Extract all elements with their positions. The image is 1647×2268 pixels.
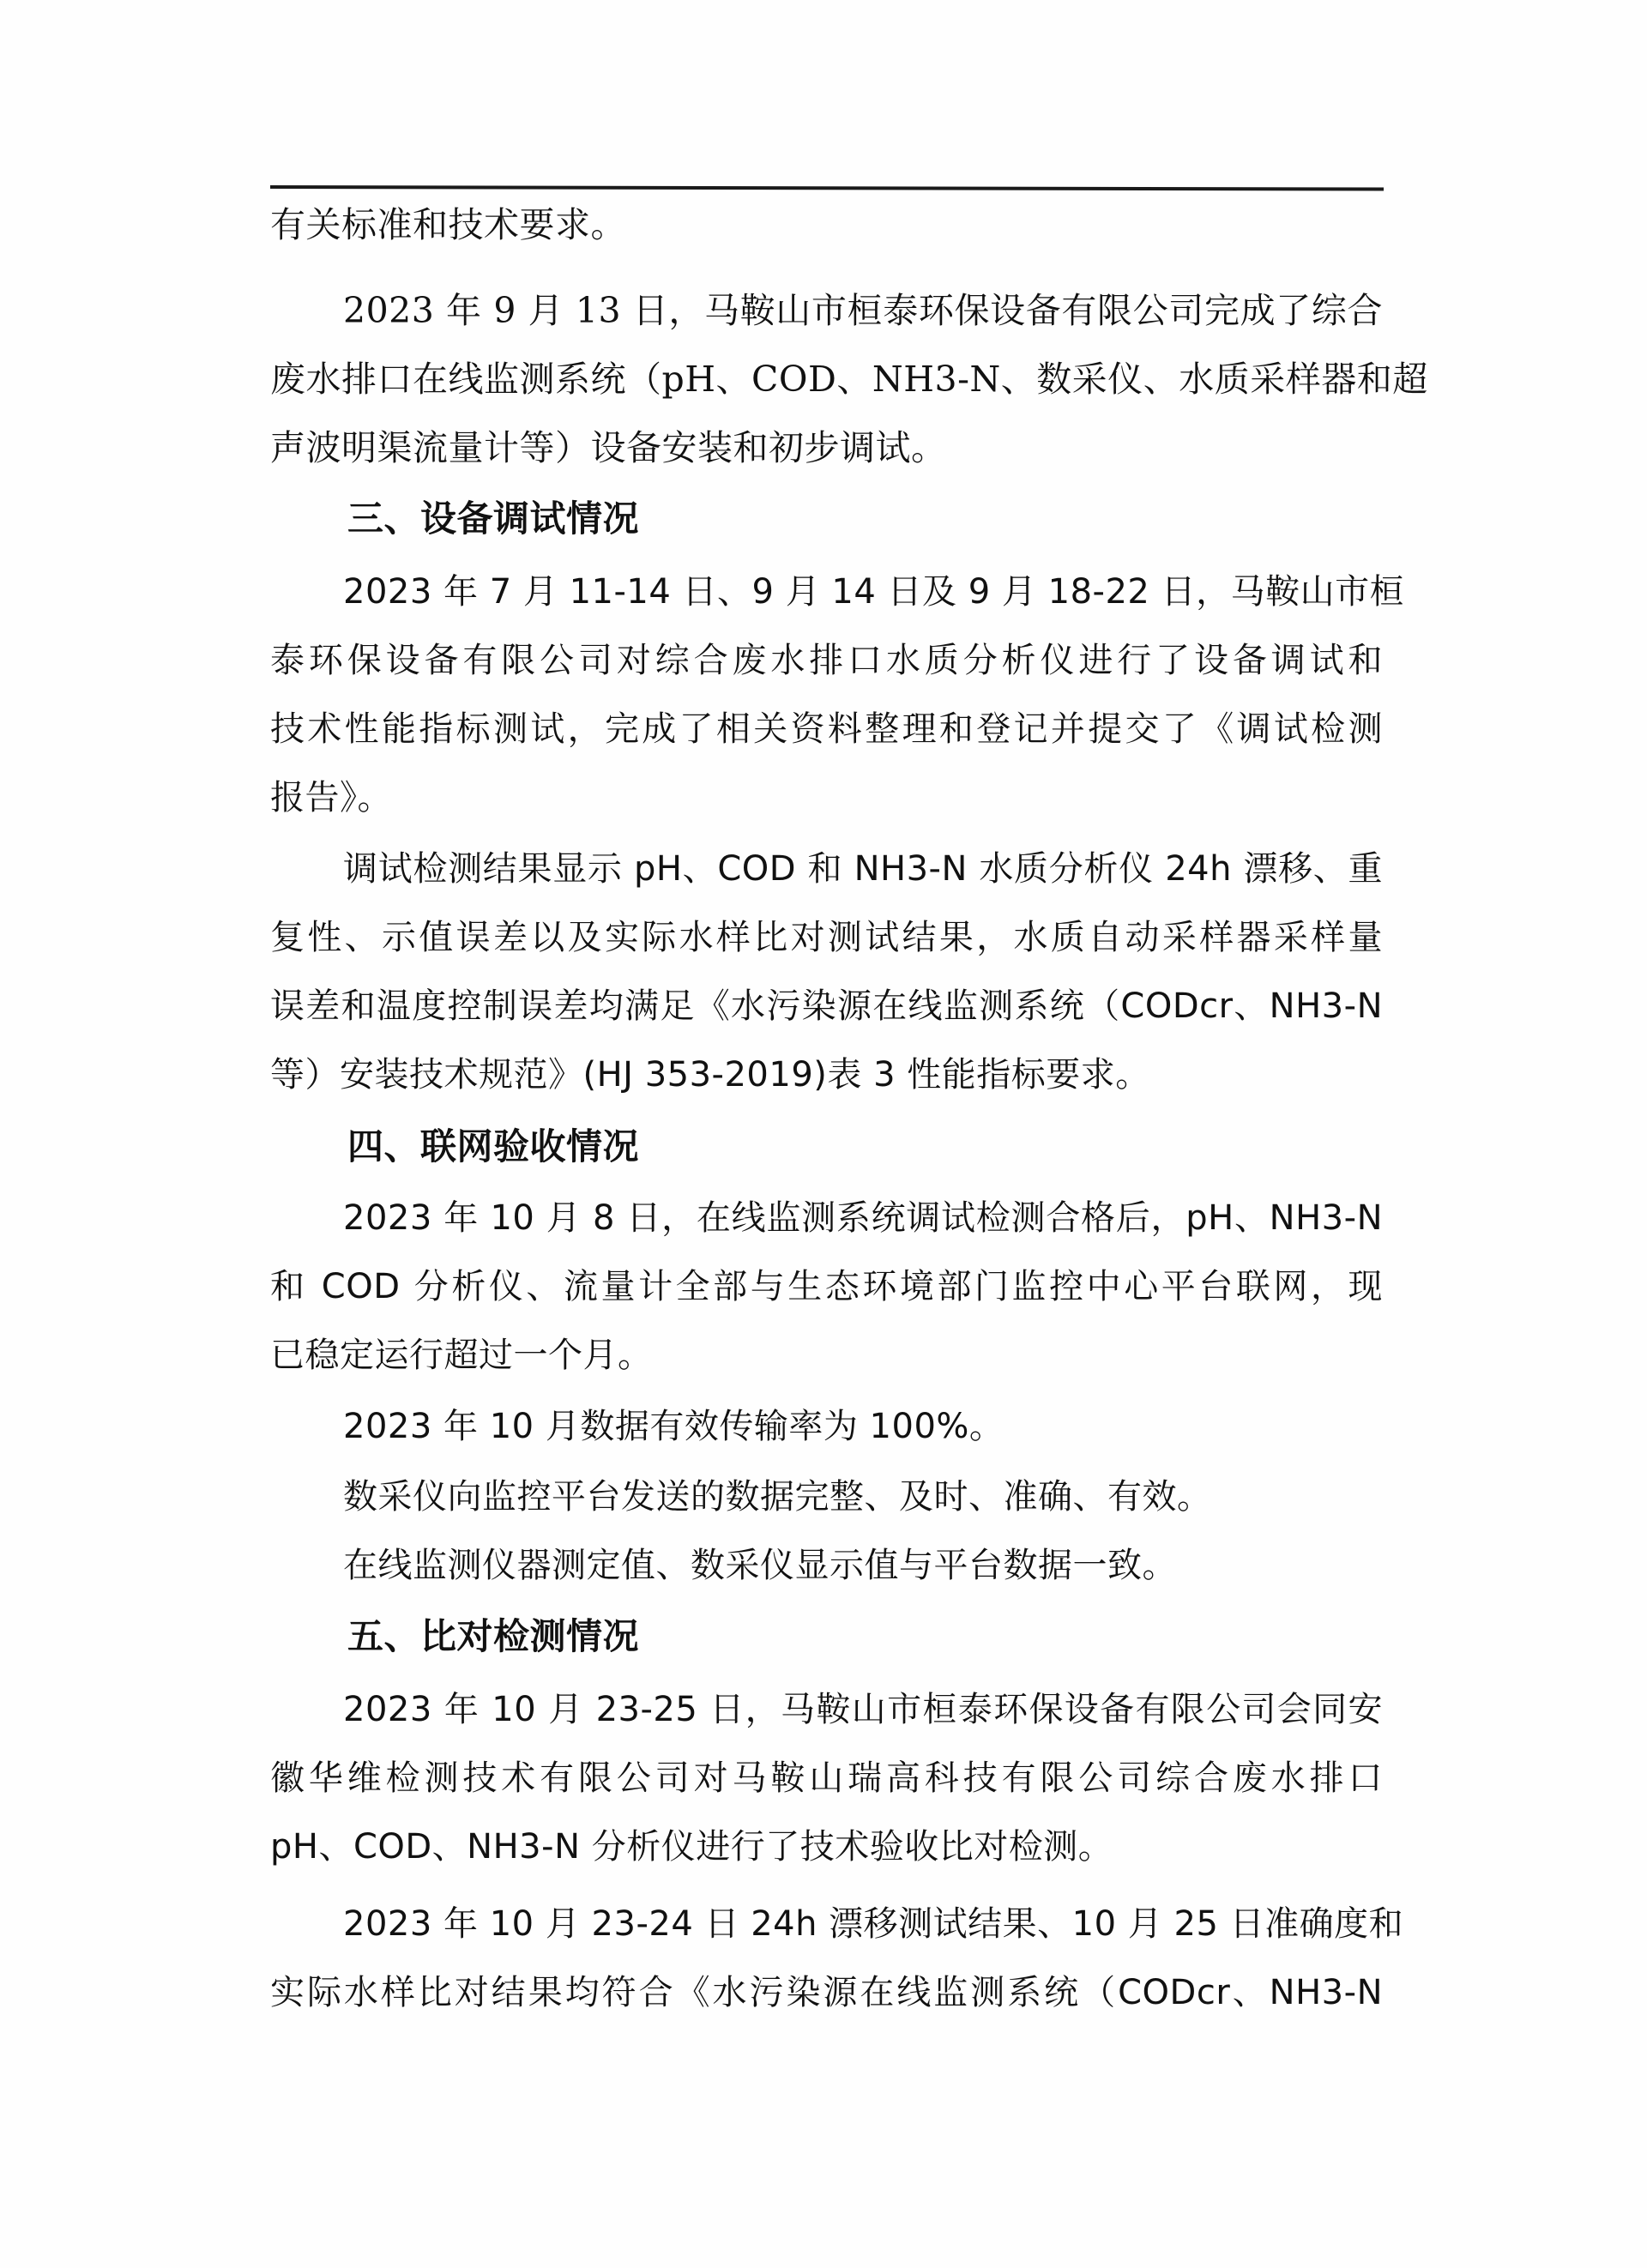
paragraph-line: 实际水样比对结果均符合《水污染源在线监测系统（CODcr、NH3-N <box>270 1967 1383 2018</box>
paragraph-line: 有关标准和技术要求。 <box>270 199 1383 250</box>
section-heading-3: 三、设备调试情况 <box>347 493 639 545</box>
paragraph-line: 2023 年 9 月 13 日，马鞍山市桓泰环保设备有限公司完成了综合 <box>343 285 1383 336</box>
header-rule <box>270 185 1384 190</box>
paragraph-line: 2023 年 10 月 23-25 日，马鞍山市桓泰环保设备有限公司会同安 <box>343 1684 1383 1735</box>
paragraph-line: pH、COD、NH3-N 分析仪进行了技术验收比对检测。 <box>270 1821 1383 1873</box>
paragraph-line: 泰环保设备有限公司对综合废水排口水质分析仪进行了设备调试和 <box>270 635 1383 686</box>
paragraph-line: 技术性能指标测试，完成了相关资料整理和登记并提交了《调试检测 <box>270 703 1383 755</box>
paragraph-line: 已稳定运行超过一个月。 <box>270 1330 1383 1381</box>
paragraph-line: 报告》。 <box>270 772 1383 823</box>
paragraph-line: 徽华维检测技术有限公司对马鞍山瑞高科技有限公司综合废水排口 <box>270 1752 1383 1804</box>
paragraph-line: 2023 年 10 月 23-24 日 24h 漂移测试结果、10 月 25 日… <box>343 1898 1383 1950</box>
paragraph-line: 在线监测仪器测定值、数采仪显示值与平台数据一致。 <box>343 1540 1383 1591</box>
paragraph-line: 复性、示值误差以及实际水样比对测试结果，水质自动采样器采样量 <box>270 912 1383 963</box>
paragraph-line: 误差和温度控制误差均满足《水污染源在线监测系统（CODcr、NH3-N <box>270 980 1383 1032</box>
paragraph-line: 数采仪向监控平台发送的数据完整、及时、准确、有效。 <box>343 1471 1383 1523</box>
section-heading-4: 四、联网验收情况 <box>347 1121 639 1173</box>
paragraph-line: 废水排口在线监测系统（pH、COD、NH3-N、数采仪、水质采样器和超 <box>270 353 1383 405</box>
paragraph-line: 2023 年 10 月 8 日，在线监测系统调试检测合格后，pH、NH3-N <box>343 1192 1383 1244</box>
paragraph-line: 2023 年 10 月数据有效传输率为 100%。 <box>343 1401 1383 1452</box>
paragraph-line: 2023 年 7 月 11-14 日、9 月 14 日及 9 月 18-22 日… <box>343 566 1383 618</box>
paragraph-line: 和 COD 分析仪、流量计全部与生态环境部门监控中心平台联网，现 <box>270 1261 1383 1312</box>
paragraph-line: 调试检测结果显示 pH、COD 和 NH3-N 水质分析仪 24h 漂移、重 <box>343 843 1383 895</box>
document-page: 有关标准和技术要求。 2023 年 9 月 13 日，马鞍山市桓泰环保设备有限公… <box>0 0 1647 2268</box>
section-heading-5: 五、比对检测情况 <box>347 1611 639 1662</box>
paragraph-line: 声波明渠流量计等）设备安装和初步调试。 <box>270 422 1383 474</box>
paragraph-line: 等）安装技术规范》(HJ 353-2019)表 3 性能指标要求。 <box>270 1049 1383 1101</box>
